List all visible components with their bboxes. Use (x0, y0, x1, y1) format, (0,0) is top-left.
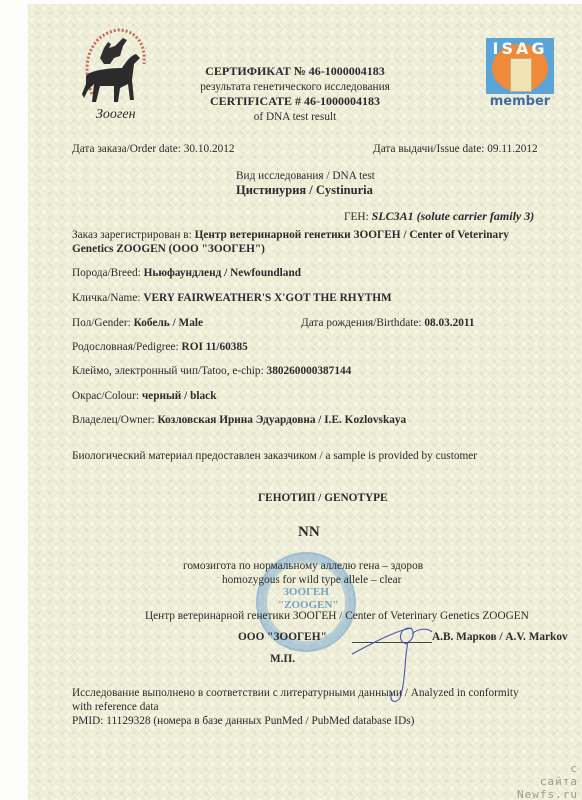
pedigree-field: Родословная/Pedigree: ROI 11/60385 (72, 340, 248, 354)
issue-date: Дата выдачи/Issue date: 09.11.2012 (373, 142, 538, 156)
colour-label: Окрас/Colour: (72, 390, 142, 402)
issue-date-label: Дата выдачи/Issue date: (373, 143, 487, 155)
sample-note: Биологический материал предоставлен зака… (72, 449, 477, 463)
registration-label: Заказ зарегистрирован в: (72, 229, 195, 241)
signoff-center: Центр ветеринарной генетики ЗООГЕН / Cen… (145, 609, 529, 623)
gene-line: ГЕН: SLC3A1 (solute carrier family 3) (344, 209, 534, 224)
colour-field: Окрас/Colour: черный / black (72, 389, 216, 403)
certificate-title-en: CERTIFICATE # 46-1000004183 (150, 94, 440, 109)
stamp-line-1: ЗООГЕН (278, 586, 334, 599)
order-date-label: Дата заказа/Order date: (72, 143, 184, 155)
dna-test-name: Цистинурия / Cystinuria (236, 183, 373, 198)
signoff-company: ООО "ЗООГЕН" (238, 630, 327, 644)
footer-line-3: PMID: 11129328 (номера в базе данных Pun… (72, 714, 414, 728)
name-label: Кличка/Name: (72, 292, 143, 304)
footer-line-2: with reference data (72, 700, 159, 714)
genotype-desc-en: homozygous for wild type allele – clear (222, 573, 401, 587)
dna-test-label: Вид исследования / DNA test (236, 169, 375, 183)
registration-line1: Заказ зарегистрирован в: Центр ветеринар… (72, 228, 509, 242)
birthdate-field: Дата рождения/Birthdate: 08.03.2011 (301, 316, 475, 330)
registration-value-1: Центр ветеринарной генетики ЗООГЕН / Cen… (195, 229, 509, 241)
watermark-line-3: Newfs.ru (517, 788, 578, 800)
isag-logo-card-icon (510, 58, 532, 92)
pedigree-value: ROI 11/60385 (182, 341, 248, 353)
pedigree-label: Родословная/Pedigree: (72, 341, 182, 353)
genotype-desc-ru: гомозигота по нормальному аллелю гена – … (183, 559, 423, 573)
breed-field: Порода/Breed: Ньюфаундленд / Newfoundlan… (72, 266, 301, 280)
isag-logo-title: ISAG (486, 39, 554, 58)
gender-label: Пол/Gender: (72, 317, 134, 329)
chip-label: Клеймо, электронный чип/Tatoo, e-chip: (72, 365, 267, 377)
signoff-signer: А.В. Марков / A.V. Markov (432, 630, 568, 644)
watermark-line-1: с (570, 762, 578, 775)
birthdate-value: 08.03.2011 (424, 317, 474, 329)
seal-label: М.П. (270, 652, 295, 666)
isag-member-logo: ISAG member (486, 38, 554, 114)
gene-value: SLC3A1 (solute carrier family 3) (372, 209, 535, 223)
zoogen-horse-logo-icon: Зооген (70, 24, 150, 124)
certificate-title-ru: СЕРТИФИКАТ № 46-1000004183 (150, 64, 440, 79)
owner-value: Козловская Ирина Эдуардовна / I.E. Kozlo… (158, 414, 407, 426)
isag-logo-member: member (486, 94, 554, 109)
order-date-value: 30.10.2012 (184, 143, 235, 155)
gender-value: Кобель / Male (134, 317, 203, 329)
certificate-subtitle-en: of DNA test result (150, 110, 440, 124)
issue-date-value: 09.11.2012 (487, 143, 537, 155)
birthdate-label: Дата рождения/Birthdate: (301, 317, 424, 329)
name-value: VERY FAIRWEATHER'S X'GOT THE RHYTHM (143, 292, 391, 304)
owner-label: Владелец/Owner: (72, 414, 158, 426)
watermark-line-2: сайта (540, 775, 578, 788)
chip-field: Клеймо, электронный чип/Tatoo, e-chip: 3… (72, 364, 351, 378)
chip-value: 380260000387144 (267, 365, 352, 377)
registration-value-2: Genetics ZOOGEN (ООО "ЗООГЕН") (72, 242, 265, 256)
gender-field: Пол/Gender: Кобель / Male (72, 316, 203, 330)
certificate-subtitle-ru: результата генетического исследования (150, 80, 440, 94)
colour-value: черный / black (142, 390, 217, 402)
order-date: Дата заказа/Order date: 30.10.2012 (72, 142, 235, 156)
genotype-value: NN (298, 524, 320, 541)
genotype-heading: ГЕНОТИП / GENOTYPE (258, 491, 388, 505)
breed-value: Ньюфаундленд / Newfoundland (144, 267, 301, 279)
owner-field: Владелец/Owner: Козловская Ирина Эдуардо… (72, 413, 406, 427)
gene-label: ГЕН: (344, 211, 372, 223)
name-field: Кличка/Name: VERY FAIRWEATHER'S X'GOT TH… (72, 291, 392, 305)
footer-line-1: Исследование выполнено в соответствии с … (72, 686, 519, 700)
svg-text:Зооген: Зооген (96, 107, 136, 122)
breed-label: Порода/Breed: (72, 267, 144, 279)
